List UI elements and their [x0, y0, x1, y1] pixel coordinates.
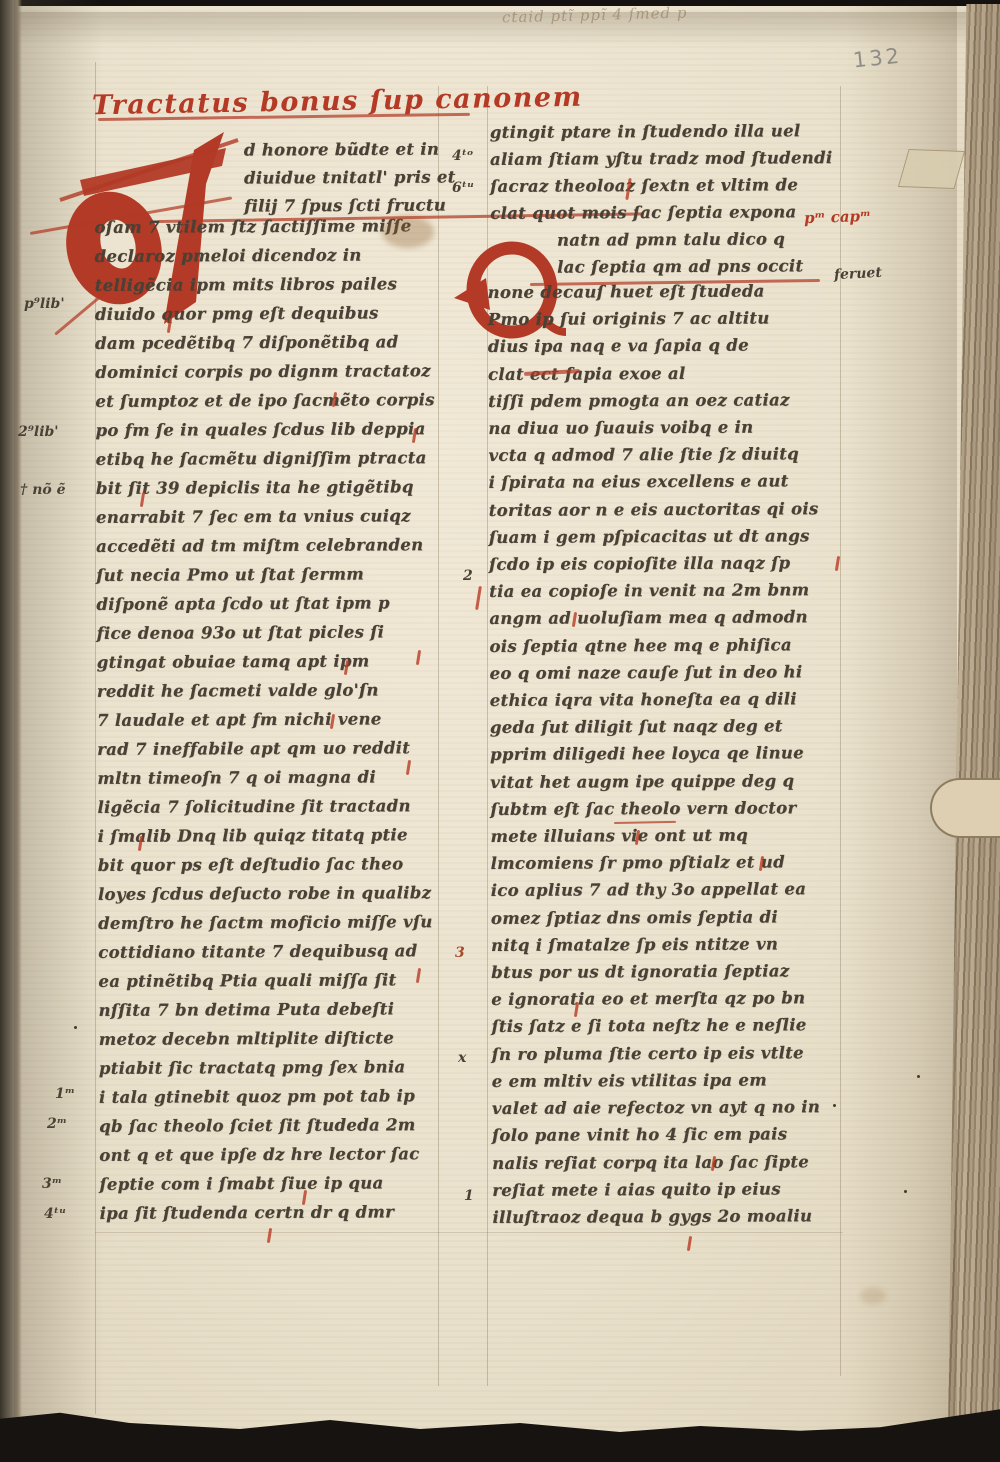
- text-line: gtingit ptare in ſtudendo illa uel: [490, 117, 833, 146]
- left-column: oſam 7 vtilem ſtz ſactiſſime miſſedeclar…: [94, 211, 449, 1228]
- text-line: eo q omi naze cauſe ſut in deo hi: [490, 658, 850, 687]
- margin-note-nota: † nõ ẽ: [20, 482, 66, 498]
- margin-mark-x: x: [458, 1050, 466, 1066]
- margin-note-second-book: 2⁹lib': [18, 424, 59, 440]
- text-line: ico aplius 7 ad thy 3o appellat ea: [491, 876, 851, 905]
- text-line: ptiabit ſic tractatq pmg ſex bnia: [99, 1052, 449, 1083]
- text-line: ont q et que ipſe dz hre lector ſac: [99, 1139, 449, 1170]
- text-line: reſiat mete i aias quito ip eius: [492, 1175, 852, 1204]
- text-line: metoz decebn mltiplite diſticte: [99, 1023, 449, 1054]
- text-line: gtingat obuiae tamq apt ipm: [97, 646, 447, 677]
- text-line: i tala gtinebit quoz pm pot tab ip: [99, 1081, 449, 1112]
- text-line: tia ea copioſe in venit na 2m bnm: [489, 576, 849, 605]
- text-line: lmcomiens ſr pmo pſtialz et ud: [491, 848, 851, 877]
- text-line: reddit he ſacmeti valde glo'ſn: [97, 675, 447, 706]
- text-line: d honore bũdte et in: [244, 135, 456, 164]
- margin-note-4to: 4ᵗᵒ: [452, 148, 473, 164]
- text-line: ois ſeptia qtne hee mq e phiſica: [489, 631, 849, 660]
- margin-number-tertio: 3: [455, 945, 465, 961]
- margin-number-4: 4ᵗᵘ: [44, 1206, 66, 1222]
- text-line: accedẽti ad tm miſtm celebranden: [96, 530, 446, 561]
- text-line: nitq i ſmatalze ſp eis ntitze vn: [491, 930, 851, 959]
- text-line: demſtro he ſactm moficio miſſe vſu: [98, 907, 448, 938]
- text-line: vitat het augm ipe quippe deg q: [490, 767, 850, 796]
- text-line: rad 7 ineffabile apt qm uo reddit: [97, 733, 447, 764]
- text-line: dius ipa naq e va ſapia q de: [488, 331, 848, 360]
- text-line: enarrabit 7 ſec em ta vnius cuiqz: [96, 501, 446, 532]
- text-line: btus por us dt ignoratia ſeptiaz: [491, 957, 851, 986]
- right-column-top-lines: gtingit ptare in ſtudendo illa uelaliam …: [490, 117, 833, 227]
- text-line: diuido quor pmg eſt dequibus: [95, 298, 445, 329]
- margin-note-first-book: p⁹lib': [24, 296, 65, 312]
- paper-tab-upper: [898, 149, 965, 189]
- text-line: nalis reſiat corpq ita lao ſac ſipte: [492, 1148, 852, 1177]
- text-line: ea ptinẽtibq Ptia quali miſſa ſit: [98, 965, 448, 996]
- text-line: omez ſptiaz dns omis ſeptia di: [491, 903, 851, 932]
- text-line: i ſpirata na eius excellens e aut: [489, 467, 849, 496]
- text-line: etibq he ſacmẽtu digniſſim ptracta: [96, 443, 446, 474]
- folio-number: 132: [852, 43, 903, 72]
- text-line: ſut necia Pmo ut ſtat ſermm: [96, 559, 446, 590]
- text-line: qb ſac theolo ſciet ſit ſtudeda 2m: [99, 1110, 449, 1141]
- text-line: illuſtraoz dequa b gygs 2o moaliu: [492, 1202, 852, 1231]
- text-line: angm ad uoluſiam mea q admodn: [489, 603, 849, 632]
- margin-chapter-rubric: pᵐ capᵐ: [804, 207, 872, 227]
- left-column-opening-lines: d honore bũdte et indiuidue tnitatl' pri…: [244, 135, 456, 220]
- text-line: valet ad aie refectoz vn ayt q no in: [492, 1093, 852, 1122]
- text-line: 7 laudale et apt fm nichi vene: [97, 704, 447, 735]
- margin-number-2: 2ᵐ: [47, 1116, 67, 1132]
- text-line: ſubtm eſt ſac theolo vern doctor: [490, 794, 850, 823]
- stain: [860, 1288, 886, 1304]
- text-line: ſacraz theoloaz ſextn et vltim de: [490, 171, 833, 200]
- text-line: bit ſit 39 depiclis ita he gtigẽtibq: [96, 472, 446, 503]
- text-line: ligẽcia 7 ſolicitudine ſit tractadn: [97, 791, 447, 822]
- text-line: aliam ſtiam yſtu tradz mod ſtudendi: [490, 144, 833, 173]
- text-line: telligẽcia ipm mits libros pailes: [95, 269, 445, 300]
- text-line: Pmo ip ſui originis 7 ac altitu: [488, 304, 848, 333]
- margin-number-3: 3ᵐ: [42, 1176, 62, 1192]
- text-line: none decauſ huet eſt ſtudeda: [488, 277, 848, 306]
- text-line: mltn timeoſn 7 q oi magna di: [97, 762, 447, 793]
- text-line: nſſita 7 bn detima Puta debeſti: [98, 994, 448, 1025]
- leather-tab-lower: [930, 778, 1000, 838]
- speck: [917, 1075, 920, 1078]
- text-line: dam pcedẽtibq 7 diſponẽtibq ad: [95, 327, 445, 358]
- text-line: ſcdo ip eis copioſite illa naqz ſp: [489, 549, 849, 578]
- ruling-line-bottom: [95, 1232, 843, 1233]
- margin-number-quinto: 1: [464, 1188, 474, 1204]
- right-column: none decauſ huet eſt ſtudedaPmo ip ſui o…: [488, 277, 853, 1231]
- text-line: tiſſi pdem pmogta an oez catiaz: [488, 386, 848, 415]
- text-line: dominici corpis po dignm tractatoz: [95, 356, 445, 387]
- text-line: ſolo pane vinit ho 4 ſic em pais: [492, 1120, 852, 1149]
- text-line: diuidue tnitatl' pris et: [244, 163, 456, 192]
- text-line: ſuam i gem pſpicacitas ut dt angs: [489, 522, 849, 551]
- manuscript-page-photo: ctaid ptĩ ppĩ 4 ſmed p 132 Tractatus bon…: [0, 0, 1000, 1462]
- text-line: e em mltiv eis vtilitas ipa em: [492, 1066, 852, 1095]
- margin-note-6tu: 6ᵗᵘ: [452, 180, 474, 196]
- right-column-opening-lines: natn ad pmn talu dico qlac ſeptia qm ad …: [557, 225, 804, 280]
- margin-number-secundo: 2: [463, 568, 473, 584]
- text-line: na diua uo ſuauis voibq e in: [488, 413, 848, 442]
- text-line: bit quor ps eſt deſtudio ſac theo: [98, 849, 448, 880]
- text-line: ethica iqra vita honeſta ea q dili: [490, 685, 850, 714]
- text-line: i ſmalib Dnq lib quiqz titatq ptie: [98, 820, 448, 851]
- text-line: et ſumptoz et de ipo ſacmẽto corpis: [95, 385, 445, 416]
- text-line: e ignoratia eo et merſta qz po bn: [491, 984, 851, 1013]
- speck: [833, 1104, 836, 1107]
- text-line: loyes ſcdus deſucto robe in qualibz: [98, 878, 448, 909]
- speck: [74, 1026, 77, 1029]
- text-line: fice denoa 93o ut ſtat picles ſi: [96, 617, 446, 648]
- text-line: ſn ro pluma ſtie certo ip eis vtlte: [491, 1039, 851, 1068]
- text-line: diſponẽ apta ſcdo ut ſtat ipm p: [96, 588, 446, 619]
- text-line: vcta q admod 7 alie ſtie ſz diuitq: [488, 440, 848, 469]
- text-line: po fm ſe in quales ſcdus lib deppia: [95, 414, 445, 445]
- margin-number-1: 1ᵐ: [55, 1086, 75, 1102]
- text-line: toritas aor n e eis auctoritas qi ois: [489, 495, 849, 524]
- speck: [904, 1190, 907, 1193]
- ink-stain: [382, 216, 434, 248]
- margin-note-feruet: feruet: [834, 265, 883, 283]
- text-line: natn ad pmn talu dico q: [557, 225, 803, 253]
- text-line: clat quot mois ſac ſeptia expona: [490, 198, 833, 227]
- text-line: mete illuians vie ont ut mq: [490, 821, 850, 850]
- text-line: pprim diligedi hee loyca qe linue: [490, 740, 850, 769]
- text-line: lac ſeptia qm ad pns occit: [557, 252, 803, 280]
- text-line: ſtis ſatz e ſi tota neſtz he e neſlie: [491, 1012, 851, 1041]
- text-line: ipa ſit ſtudenda certn dr q dmr: [100, 1197, 450, 1228]
- text-line: cottidiano titante 7 dequibusq ad: [98, 936, 448, 967]
- text-line: ſeptie com i ſmabt ſiue ip qua: [99, 1168, 449, 1199]
- text-line: geda ſut diligit ſut naqz deg et: [490, 712, 850, 741]
